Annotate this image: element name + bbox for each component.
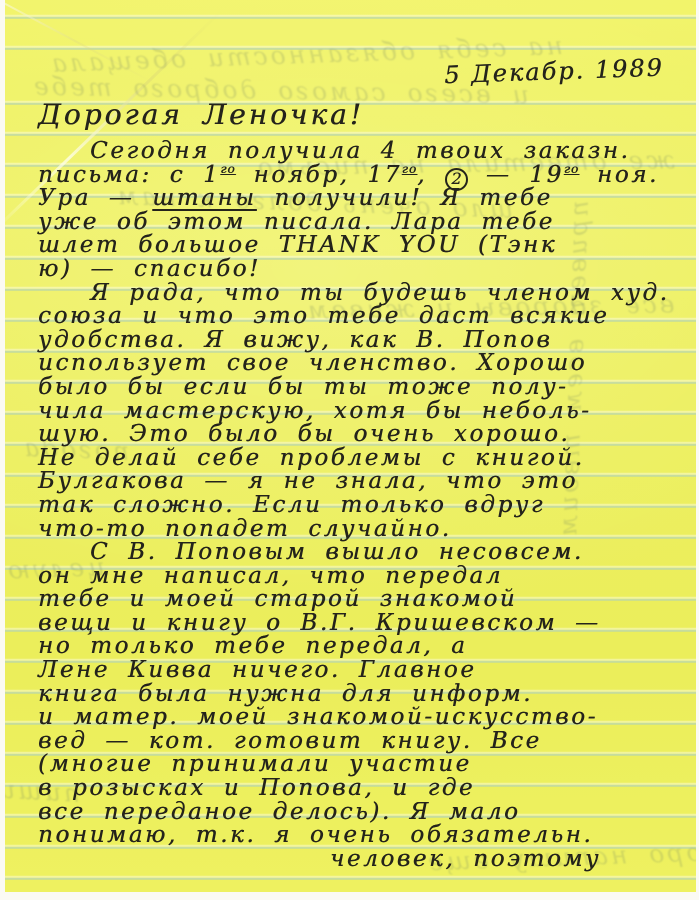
letter-line: было бы если бы ты тоже полу- [38, 374, 690, 398]
letter-line: книга была нужна для информ. [38, 681, 690, 705]
line-segment: получили! Я тебе [256, 185, 552, 211]
letter-line: все переданое делось). Я мало [38, 799, 690, 823]
letter-line: шлет большое THANK YOU (Тэнк [38, 232, 690, 256]
superscript-ordinal: го [402, 162, 417, 176]
letter-line: использует свое членство. Хорошо [38, 350, 690, 374]
letter-line: понимаю, т.к. я очень обязательн. [38, 822, 690, 846]
letter-line: вед — кот. готовит книгу. Все [38, 728, 690, 752]
letter-line: удобства. Я вижу, как В. Попов [38, 327, 690, 351]
handwriting: 5 Декабр. 1989 Дорогая Леночка! Сегодня … [38, 64, 690, 869]
letter-line: Сегодня получила 4 твоих заказн. [38, 138, 690, 162]
letter-line: Не делай себе проблемы с книгой. [38, 445, 690, 469]
line-segment: Ура — [38, 185, 152, 211]
letter-line: Я рада, что ты будешь членом худ. [38, 280, 690, 304]
letter-line: (многие принимали участие [38, 751, 690, 775]
letter-page: на себя обязанности обещала и всего само… [5, 0, 696, 892]
letter-line: Булгакова — я не знала, что это [38, 468, 690, 492]
letter-line: человек, поэтому [38, 846, 690, 870]
letter-line: уже об этом писала. Лара тебе [38, 209, 690, 233]
letter-line: С В. Поповым вышло несовсем. [38, 539, 690, 563]
line-segment: ноябр, 17 [236, 162, 402, 188]
paper-edge-bottom [0, 892, 699, 900]
letter-line: вещи и книгу о В.Г. Кришевском — [38, 610, 690, 634]
line-segment: письма: с 1 [38, 162, 220, 188]
scanned-letter: на себя обязанности обещала и всего само… [0, 0, 699, 900]
line-segment: ноя. [579, 162, 659, 188]
letter-line: союза и что это тебе даст всякие [38, 303, 690, 327]
letter-line: Лене Кивва ничего. Главное [38, 657, 690, 681]
letter-line: и матер. моей знакомой-искусство- [38, 704, 690, 728]
letter-line: чила мастерскую, хотя бы неболь- [38, 398, 690, 422]
letter-line: тебе и моей старой знакомой [38, 586, 690, 610]
letter-line: в розысках и Попова, и где [38, 775, 690, 799]
superscript-ordinal: го [564, 162, 579, 176]
superscript-ordinal: го [220, 162, 235, 176]
letter-line: ю) — спасибо! [38, 256, 690, 280]
line-segment: — 19 [468, 162, 564, 188]
letter-line: что-то попадет случайно. [38, 516, 690, 540]
line-segment: , [417, 162, 445, 188]
letter-line: Ура — штаны получили! Я тебе [38, 185, 690, 209]
underlined-word: штаны [152, 185, 256, 211]
paper-edge-left [0, 0, 5, 900]
letter-line: шую. Это было бы очень хорошо. [38, 421, 690, 445]
letter-line: письма: с 1го ноябр, 17го, 2 — 19го ноя. [38, 162, 690, 186]
letter-line: но только тебе передал, а [38, 633, 690, 657]
letter-line: он мне написал, что передал [38, 563, 690, 587]
letter-line: так сложно. Если только вдруг [38, 492, 690, 516]
